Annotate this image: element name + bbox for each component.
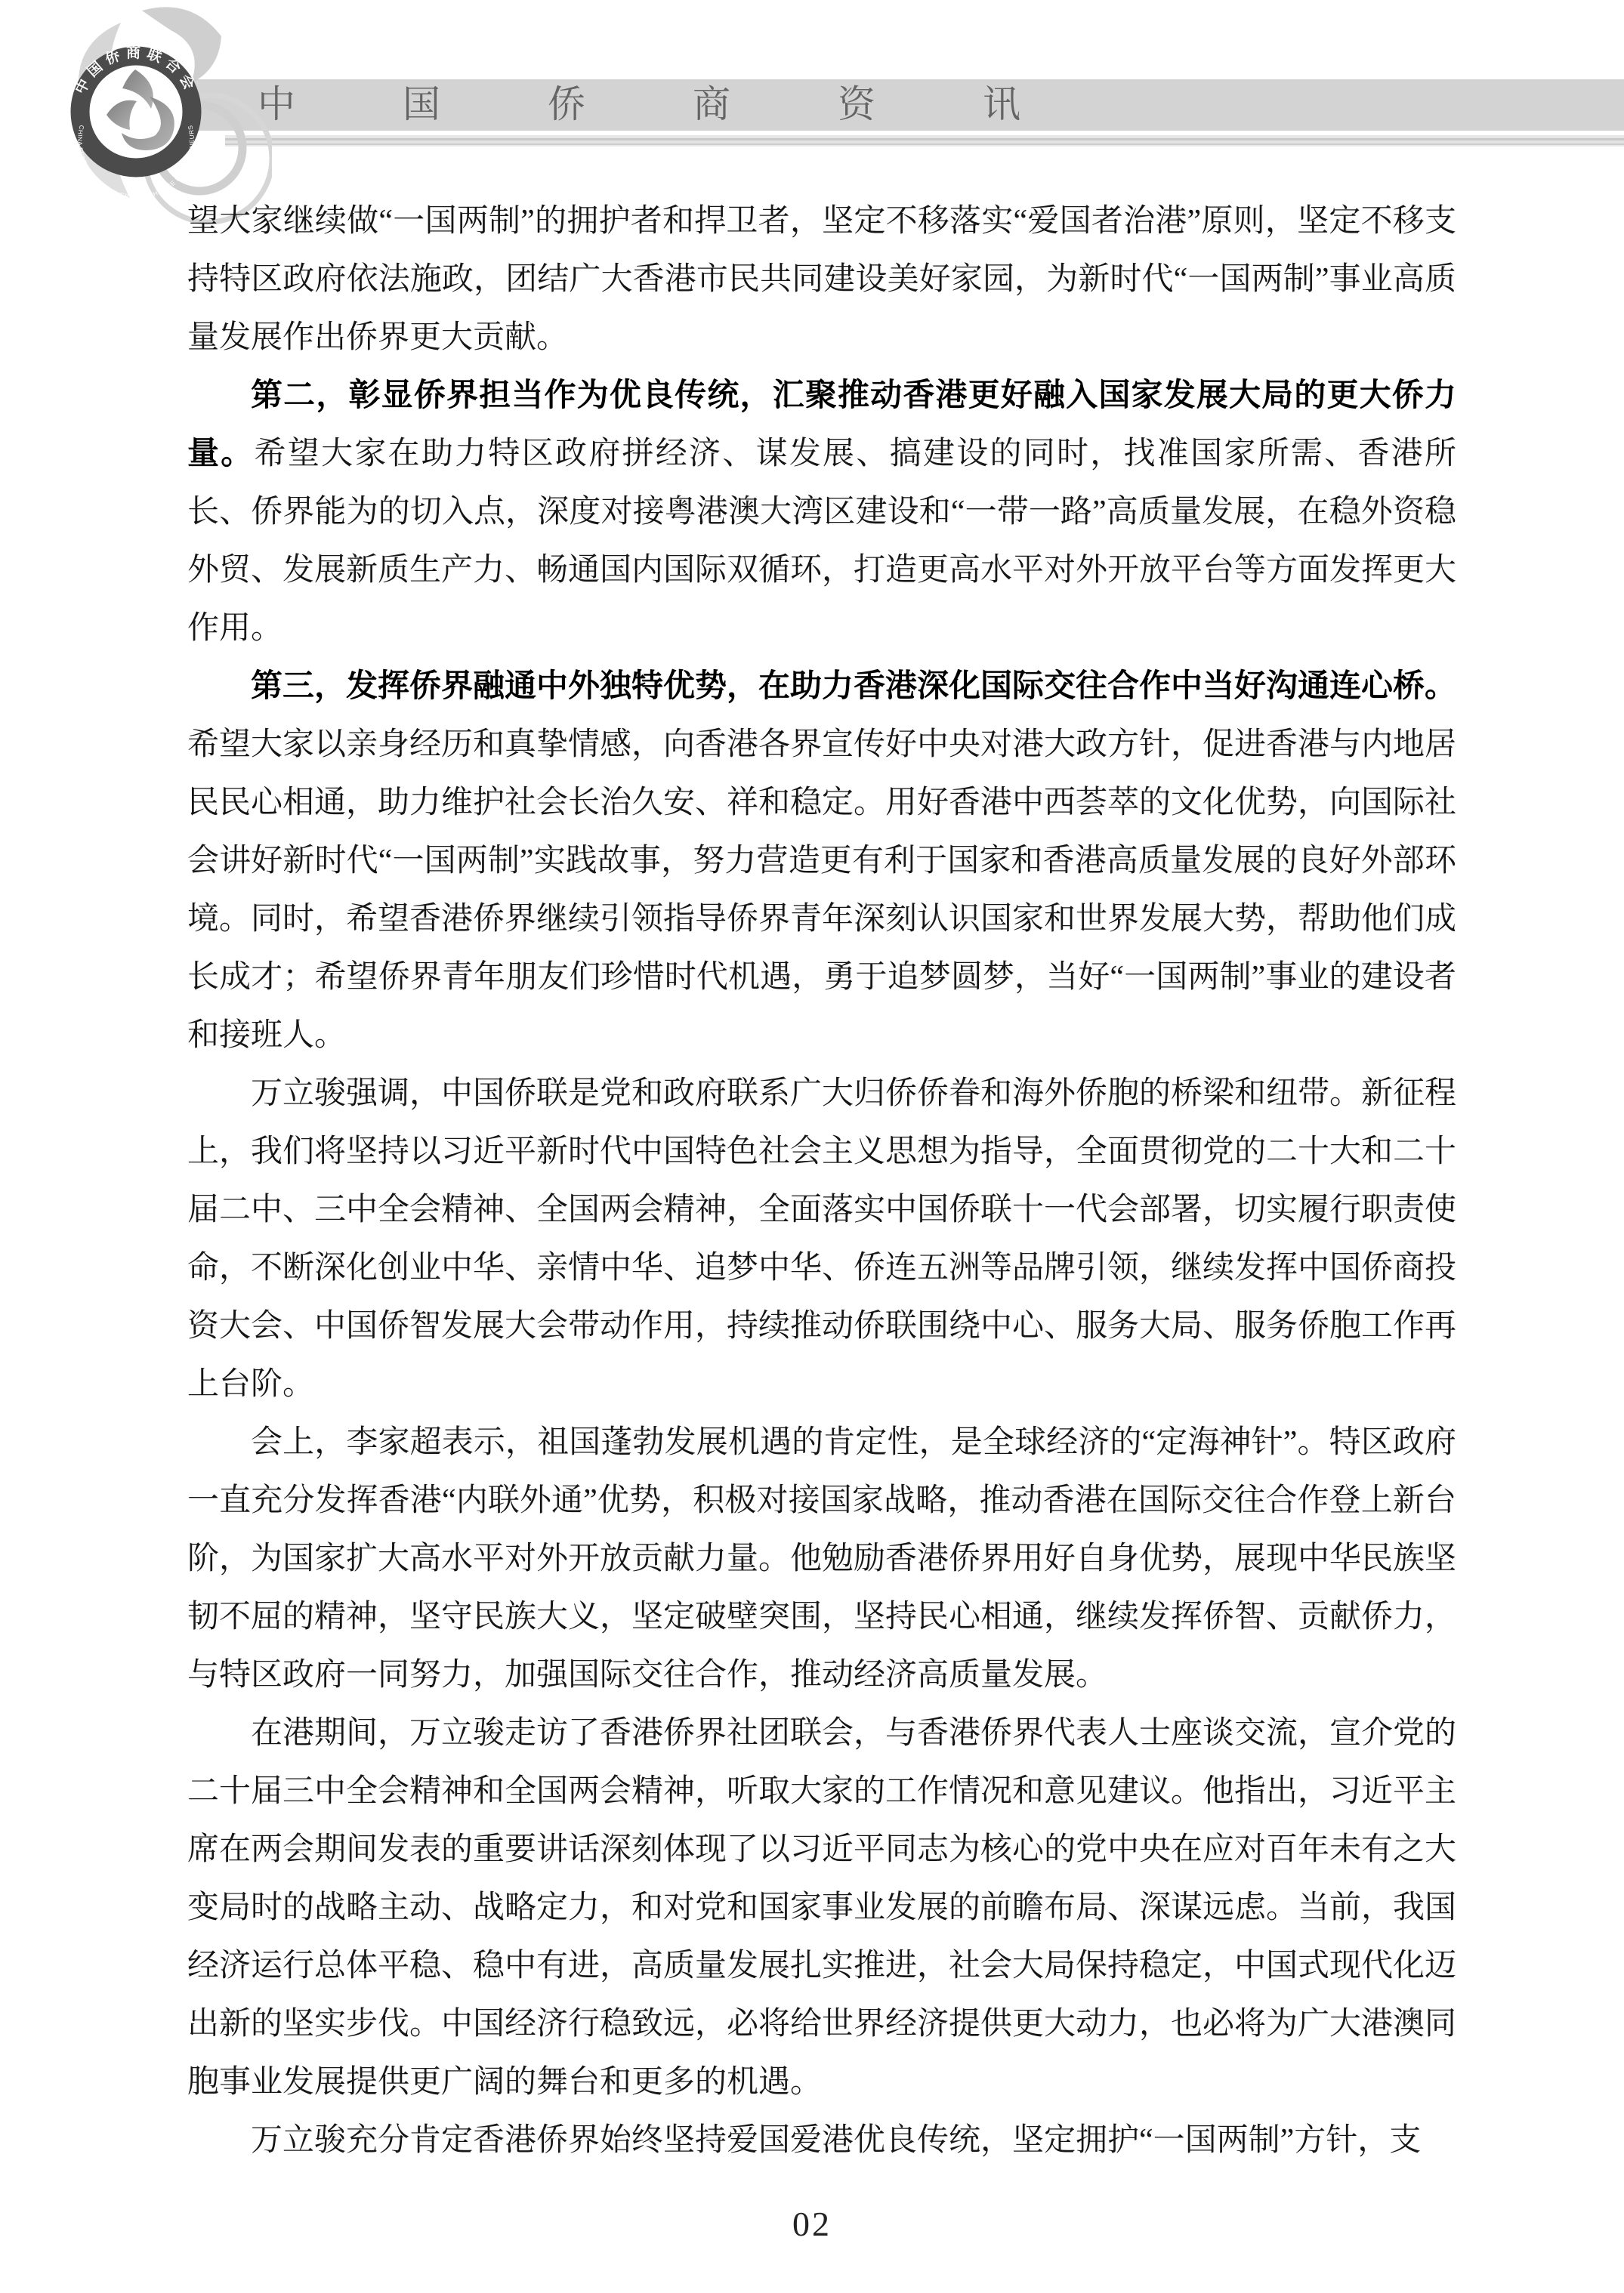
masthead-title: 中 国 侨 商 资 讯: [258, 79, 1055, 131]
paragraph: 第二，彰显侨界担当作为优良传统，汇聚推动香港更好融入国家发展大局的更大侨力量。希…: [187, 367, 1456, 658]
paragraph: 万立骏强调，中国侨联是党和政府联系广大归侨侨眷和海外侨胞的桥梁和纽带。新征程上，…: [187, 1065, 1456, 1414]
paragraph: 万立骏充分肯定香港侨界始终坚持爱国爱港优良传统，坚定拥护“一国两制”方针，支: [187, 2112, 1456, 2170]
masthead-stripes: [225, 135, 1624, 147]
paragraph: 在港期间，万立骏走访了香港侨界社团联会，与香港侨界代表人士座谈交流，宣介党的二十…: [187, 1705, 1456, 2112]
page-number: 02: [0, 2204, 1624, 2244]
paragraph: 第三，发挥侨界融通中外独特优势，在助力香港深化国际交往合作中当好沟通连心桥。希望…: [187, 658, 1456, 1065]
paragraph-text: 万立骏强调，中国侨联是党和政府联系广大归侨侨眷和海外侨胞的桥梁和纽带。新征程上，…: [187, 1076, 1456, 1402]
article-body: 望大家继续做“一国两制”的拥护者和捍卫者，坚定不移落实“爱国者治港”原则，坚定不…: [187, 193, 1456, 2170]
paragraph-lead: 第三，发挥侨界融通中外独特优势，在助力香港深化国际交往合作中当好沟通连心桥。: [251, 669, 1456, 704]
paragraph-text: 希望大家以亲身经历和真挚情感，向香港各界宣传好中央对港大政方针，促进香港与内地居…: [187, 727, 1456, 1053]
paragraph: 望大家继续做“一国两制”的拥护者和捍卫者，坚定不移落实“爱国者治港”原则，坚定不…: [187, 193, 1456, 367]
paragraph-text: 万立骏充分肯定香港侨界始终坚持爱国爱港优良传统，坚定拥护“一国两制”方针，支: [251, 2123, 1421, 2158]
document-page: 中 国 侨 商 资 讯 中国侨商联合会 CHINA FEDERATION OF: [0, 0, 1624, 2293]
paragraph-text: 希望大家在助力特区政府拼经济、谋发展、搞建设的同时，找准国家所需、香港所长、侨界…: [187, 437, 1456, 646]
paragraph-text: 在港期间，万立骏走访了香港侨界社团联会，与香港侨界代表人士座谈交流，宣介党的二十…: [187, 1716, 1456, 2100]
paragraph: 会上，李家超表示，祖国蓬勃发展机遇的肯定性，是全球经济的“定海神针”。特区政府一…: [187, 1414, 1456, 1705]
paragraph-text: 望大家继续做“一国两制”的拥护者和捍卫者，坚定不移落实“爱国者治港”原则，坚定不…: [187, 204, 1456, 355]
paragraph-text: 会上，李家超表示，祖国蓬勃发展机遇的肯定性，是全球经济的“定海神针”。特区政府一…: [187, 1425, 1456, 1693]
